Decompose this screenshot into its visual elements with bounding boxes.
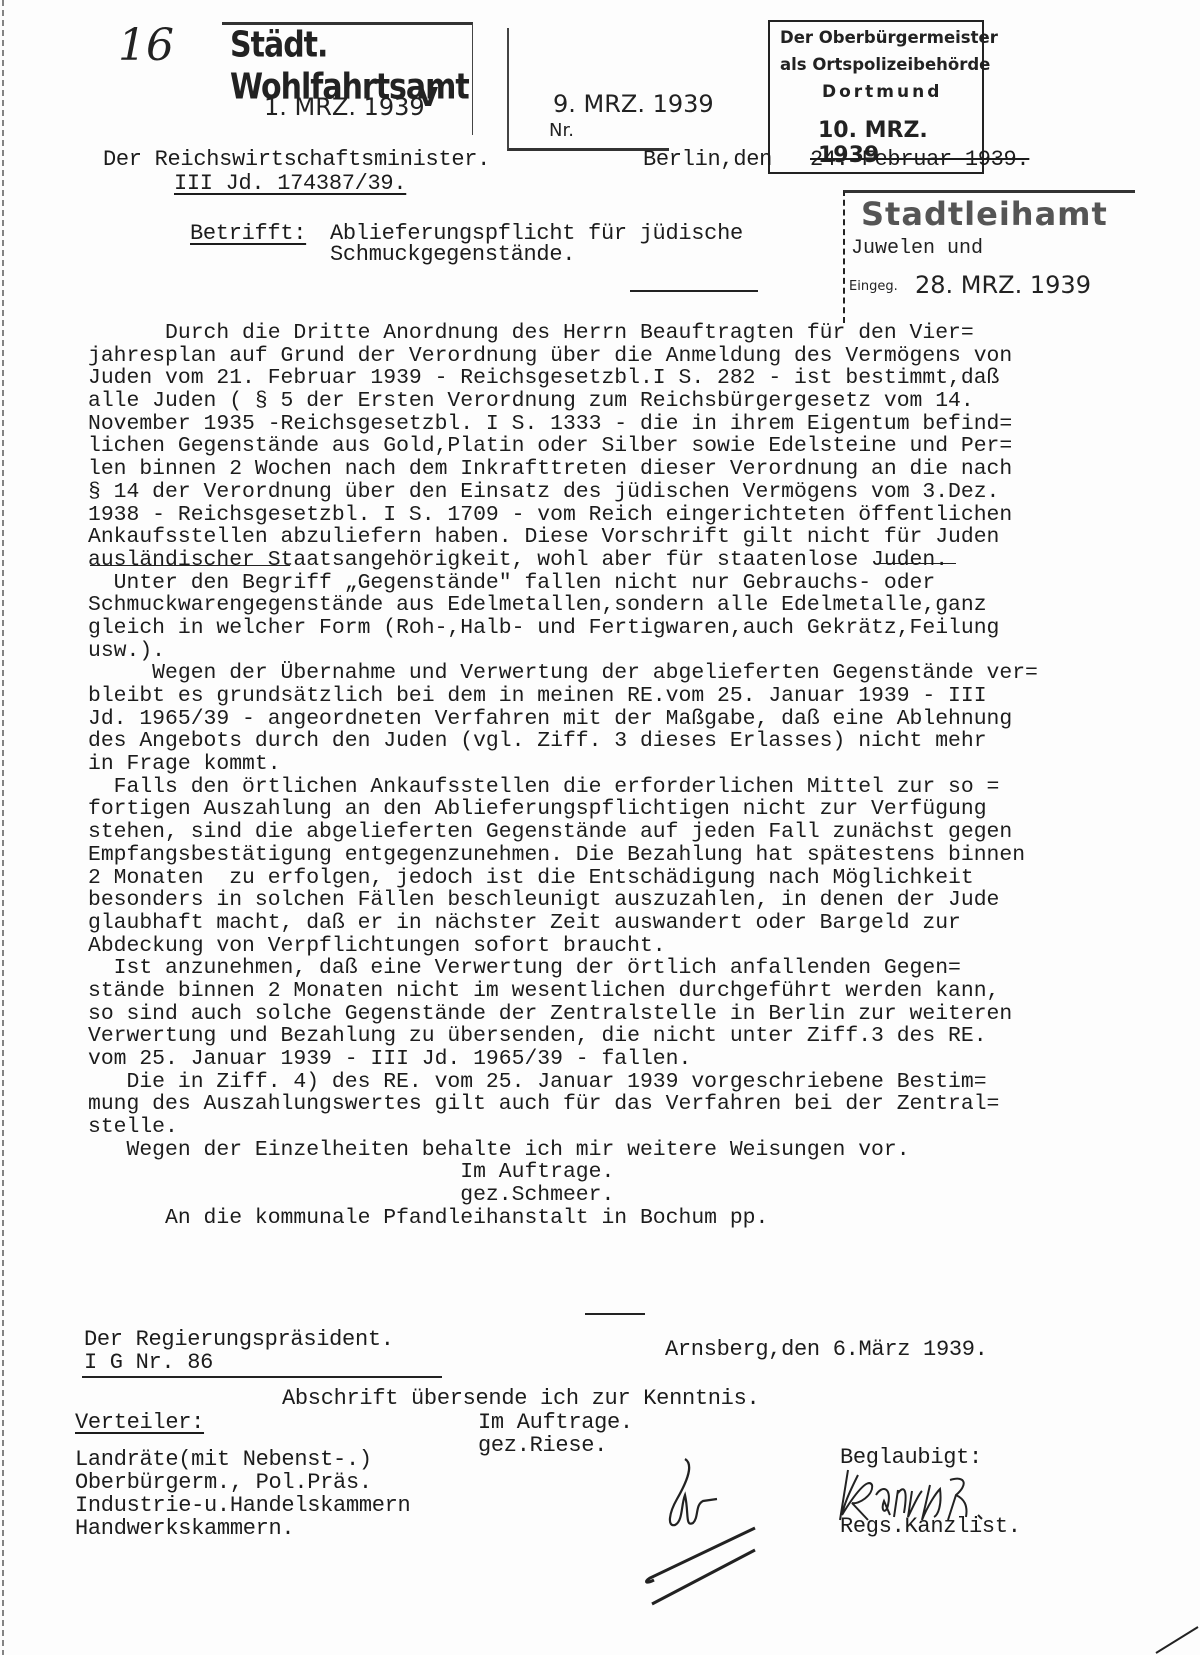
body-line: alle Juden ( § 5 der Ersten Verordnung z…: [88, 390, 1173, 413]
body-line: gleich in welcher Form (Roh-,Halb- und F…: [88, 617, 1173, 640]
distribution-item: Oberbürgerm., Pol.Präs.: [75, 1471, 372, 1494]
body-line: 2 Monaten zu erfolgen, jedoch ist die En…: [88, 867, 1173, 890]
stamp-eingang: 9. MRZ. 1939 Nr.: [507, 28, 669, 151]
body-line: Abdeckung von Verpflichtungen sofort bra…: [88, 935, 1173, 958]
page-number-handwritten: 16: [118, 20, 174, 71]
page-corner-mark: [1150, 1625, 1200, 1655]
stamp-ob-line3: Dortmund: [822, 82, 942, 102]
body-line: Wegen der Übernahme und Verwertung der a…: [88, 662, 1173, 685]
distribution-item: Landräte(mit Nebenst-.): [75, 1448, 372, 1471]
forwarding-reference: I G Nr. 86: [84, 1351, 213, 1374]
body-line: stehen, sind die abgelieferten Gegenstän…: [88, 821, 1173, 844]
stamp-stadtleihamt-label: Eingeg.: [849, 279, 898, 294]
body-line: des Angebots durch den Juden (vgl. Ziff.…: [88, 730, 1173, 753]
stamp-ob-line2: als Ortspolizeibehörde: [780, 55, 990, 74]
body-line: besonders in solchen Fällen beschleunigt…: [88, 889, 1173, 912]
body-line: Jd. 1965/39 - angeordneten Verfahren mit…: [88, 708, 1173, 731]
forwarding-signoff2: gez.Riese.: [478, 1434, 607, 1457]
body-line: Falls den örtlichen Ankaufsstellen die e…: [88, 776, 1173, 799]
body-text: Durch die Dritte Anordnung des Herrn Bea…: [88, 322, 1173, 1230]
place-date-prefix: Berlin,den: [643, 148, 772, 171]
forwarding-sender: Der Regierungspräsident.: [84, 1328, 394, 1351]
body-line: stelle.: [88, 1116, 1173, 1139]
signature: [838, 1465, 1038, 1525]
body-line: Juden vom 21. Februar 1939 - Reichsgeset…: [88, 367, 1173, 390]
body-line: ausländischer Staatsangehörigkeit, wohl …: [88, 549, 1173, 572]
body-line: Schmuckwarengegenstände aus Edelmetallen…: [88, 594, 1173, 617]
body-line: len binnen 2 Wochen nach dem Inkrafttret…: [88, 458, 1173, 481]
stamp-wohlfahrtsamt-initials: V: [418, 83, 438, 113]
subject-label: Betrifft:: [190, 222, 306, 245]
document-page: 16 Städt. Wohlfahrtsamt 1. MRZ. 1939 V 9…: [0, 0, 1200, 1655]
stamp-stadtleihamt-line1: Stadtleihamt: [861, 195, 1108, 233]
stamp-eingang-footer: Nr.: [549, 120, 574, 141]
underline-nicht: [878, 563, 956, 564]
body-line: mung des Auszahlungswertes gilt auch für…: [88, 1093, 1173, 1116]
stamp-stadtleihamt-date: 28. MRZ. 1939: [915, 271, 1091, 299]
body-line: Ist anzunehmen, daß eine Verwertung der …: [88, 957, 1173, 980]
body-line: stände binnen 2 Monaten nicht im wesentl…: [88, 980, 1173, 1003]
stamp-wohlfahrtsamt: Städt. Wohlfahrtsamt 1. MRZ. 1939 V: [222, 22, 473, 135]
distribution-item: Handwerkskammern.: [75, 1517, 294, 1540]
distribution-item: Industrie-u.Handelskammern: [75, 1494, 410, 1517]
reference-number: III Jd. 174387/39.: [174, 172, 406, 195]
stamp-eingang-date: 9. MRZ. 1939: [553, 90, 714, 118]
body-line: Wegen der Einzelheiten behalte ich mir w…: [88, 1139, 1173, 1162]
scan-edge: [2, 0, 4, 1655]
handwritten-double-stroke: [640, 1520, 770, 1610]
body-line: Die in Ziff. 4) des RE. vom 25. Januar 1…: [88, 1071, 1173, 1094]
body-line: November 1935 -Reichsgesetzbl. I S. 1333…: [88, 413, 1173, 436]
body-line: glaubhaft macht, daß er in nächster Zeit…: [88, 912, 1173, 935]
body-line: lichen Gegenstände aus Gold,Platin oder …: [88, 435, 1173, 458]
body-line: 1938 - Reichsgesetzbl. I S. 1709 - vom R…: [88, 504, 1173, 527]
forwarding-note: Abschrift übersende ich zur Kenntnis.: [282, 1387, 759, 1410]
body-line: usw.).: [88, 640, 1173, 663]
body-line: Unter den Begriff „Gegenstände" fallen n…: [88, 572, 1173, 595]
body-line: Ankaufsstellen abzuliefern haben. Diese …: [88, 526, 1173, 549]
underline-auslaendischer: [90, 565, 290, 566]
stamp-wohlfahrtsamt-date: 1. MRZ. 1939: [264, 93, 425, 121]
sender: Der Reichswirtschaftsminister.: [103, 148, 490, 171]
subject-line2: Schmuckgegenstände.: [330, 243, 575, 266]
distribution-label: Verteiler:: [75, 1411, 204, 1434]
body-line: Im Auftrage.: [88, 1161, 1173, 1184]
body-line: Empfangsbestätigung entgegenzunehmen. Di…: [88, 844, 1173, 867]
body-line: vom 25. Januar 1939 - III Jd. 1965/39 - …: [88, 1048, 1173, 1071]
body-line: fortigen Auszahlung an den Ablieferungsp…: [88, 798, 1173, 821]
body-line: § 14 der Verordnung über den Einsatz des…: [88, 481, 1173, 504]
body-line: in Frage kommt.: [88, 753, 1173, 776]
body-line: bleibt es grundsätzlich bei dem in meine…: [88, 685, 1173, 708]
stamp-ob-line1: Der Oberbürgermeister: [780, 28, 998, 47]
body-line: Durch die Dritte Anordnung des Herrn Bea…: [88, 322, 1173, 345]
letter-date: 24. Februar 1939.: [810, 148, 1029, 171]
body-line: gez.Schmeer.: [88, 1184, 1173, 1207]
divider: [82, 1376, 442, 1378]
body-line: Verwertung und Bezahlung zu übersenden, …: [88, 1025, 1173, 1048]
divider: [585, 1313, 645, 1315]
forwarding-place-date: Arnsberg,den 6.März 1939.: [665, 1338, 988, 1361]
stamp-stadtleihamt-line2: Juwelen und: [851, 237, 983, 260]
divider: [630, 290, 758, 292]
stamp-stadtleihamt: Stadtleihamt Juwelen und Eingeg. 28. MRZ…: [843, 190, 1135, 323]
body-line: An die kommunale Pfandleihanstalt in Boc…: [88, 1207, 1173, 1230]
forwarding-signoff1: Im Auftrage.: [478, 1411, 633, 1434]
body-line: jahresplan auf Grund der Verordnung über…: [88, 345, 1173, 368]
body-line: so sind auch solche Gegenstände der Zent…: [88, 1003, 1173, 1026]
